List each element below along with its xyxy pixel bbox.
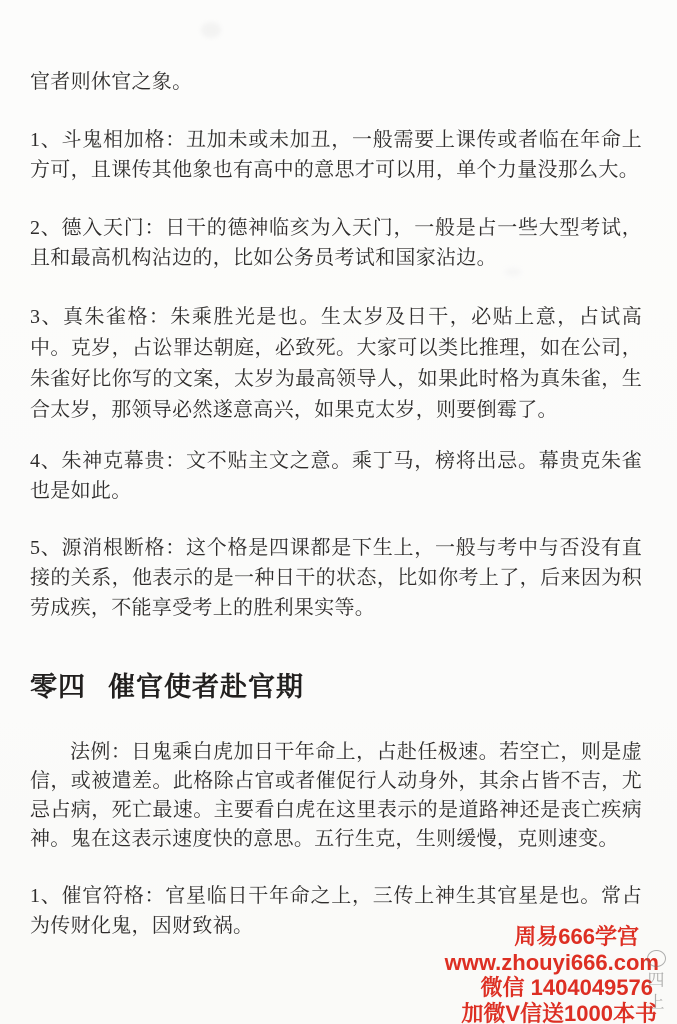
seller-watermark: 周易666学宫 www.zhouyi666.com 微信 1404049576 … (445, 924, 659, 1024)
pencil-annotation: 四 上 (643, 950, 669, 1014)
scan-smudge (201, 22, 221, 38)
paragraph-dougui-xiangjia: 1、斗鬼相加格：丑加未或未加丑，一般需要上课传或者临在年命上方可，且课传其他象也… (30, 125, 642, 185)
section-number: 零四 (30, 672, 86, 702)
paragraph-zhushen-ke-mugui: 4、朱神克幕贵：文不贴主文之意。乘丁马，榜将出忌。幕贵克朱雀也是如此。 (30, 446, 642, 506)
scanned-page: 官者则休官之象。 1、斗鬼相加格：丑加未或未加丑，一般需要上课传或者临在年命上方… (0, 0, 677, 1024)
section-title: 催官使者赴官期 (108, 672, 304, 702)
pencil-circle-icon (647, 950, 666, 967)
watermark-url: www.zhouyi666.com (445, 950, 659, 976)
watermark-wechat: 微信 1404049576 (445, 975, 659, 1001)
watermark-brand: 周易666学宫 (445, 924, 659, 950)
pencil-mark: 上 (648, 993, 665, 1012)
paragraph-zhen-zhuque: 3、真朱雀格：朱乘胜光是也。生太岁及日干，必贴上意，占试高中。克岁，占讼罪达朝庭… (30, 302, 642, 426)
watermark-promo: 加微V信送1000本书 (445, 1001, 659, 1024)
paragraph-deru-tianmen: 2、德入天门：日干的德神临亥为入天门，一般是占一些大型考试，且和最高机构沾边的，… (30, 213, 642, 273)
paragraph-yuanxiao-genduan: 5、源消根断格：这个格是四课都是下生上，一般与考中与否没有直接的关系，他表示的是… (30, 533, 642, 623)
paragraph-intro: 官者则休官之象。 (30, 67, 642, 97)
section-heading: 零四催官使者赴官期 (30, 671, 642, 703)
paragraph-fali: 法例：日鬼乘白虎加日干年命上，占赴任极速。若空亡，则是虚信，或被遣差。此格除占官… (30, 738, 642, 854)
pencil-mark: 四 (648, 971, 665, 990)
